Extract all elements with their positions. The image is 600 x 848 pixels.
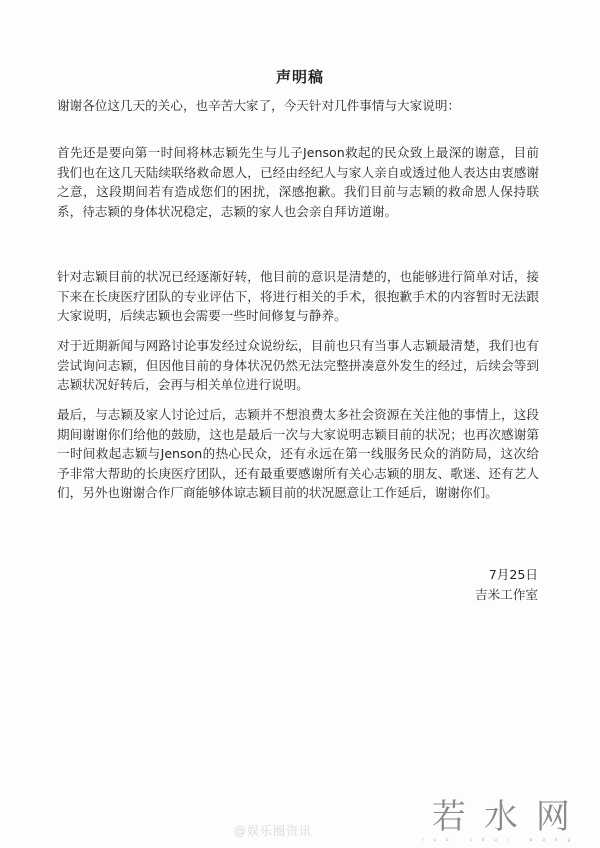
- statement-document: 声明稿 谢谢各位这几天的关心，也辛苦大家了，今天针对几件事情与大家说明： 首先还…: [0, 0, 600, 848]
- intro-paragraph: 谢谢各位这几天的关心，也辛苦大家了，今天针对几件事情与大家说明：: [57, 96, 539, 116]
- paragraph-condition: 针对志颖目前的状况已经逐渐好转，他目前的意识是清楚的，也能够进行简单对话，接下来…: [57, 267, 539, 326]
- signature-issuer: 吉米工作室: [475, 585, 538, 605]
- site-watermark-subtitle: ruo shui wang: [422, 837, 580, 843]
- site-watermark-brand: 若水网: [422, 797, 598, 837]
- document-title: 声明稿: [0, 66, 600, 87]
- paragraph-incident: 对于近期新闻与网路讨论事发经过众说纷纭，目前也只有当事人志颖最清楚，我们也有尝试…: [57, 336, 539, 395]
- site-watermark-logo: 若水网 ruo shui wang: [422, 797, 580, 843]
- signature-date: 7月25日: [475, 565, 538, 585]
- signature-block: 7月25日 吉米工作室: [475, 565, 538, 604]
- weibo-watermark: @娱乐圈资讯: [234, 822, 312, 839]
- paragraph-thanks-rescuers: 首先还是要向第一时间将林志颖先生与儿子Jenson救起的民众致上最深的谢意，目前…: [57, 143, 539, 221]
- paragraph-closing: 最后，与志颖及家人讨论过后，志颖并不想浪费太多社会资源在关注他的事情上，这段期间…: [57, 405, 539, 503]
